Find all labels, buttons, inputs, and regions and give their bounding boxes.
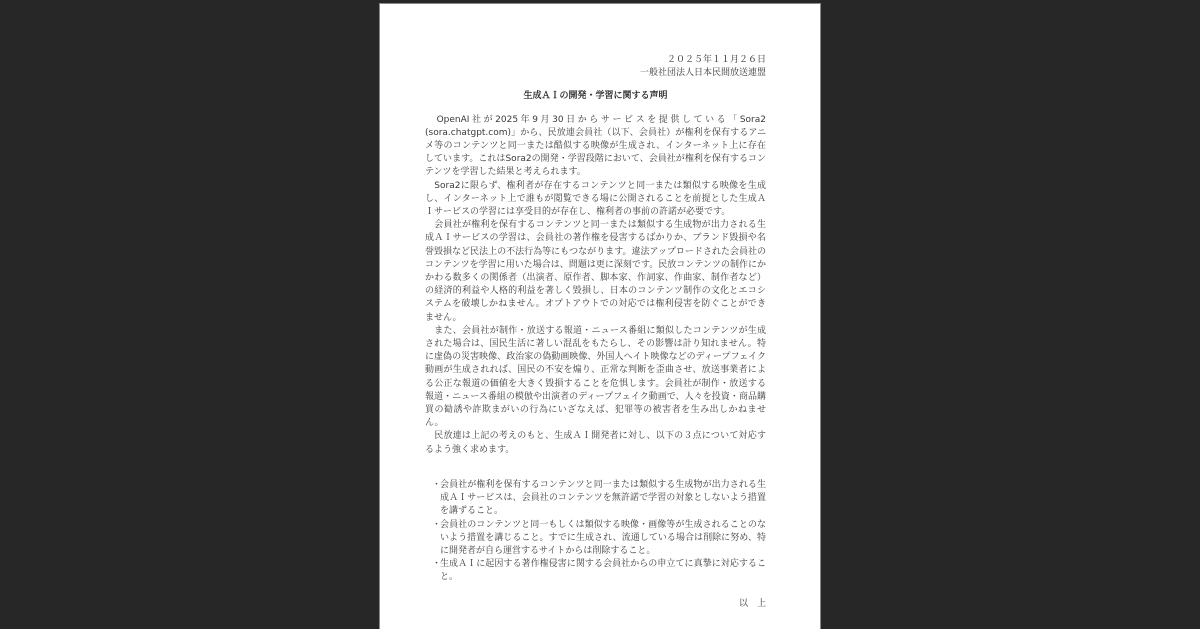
bullet-marker: ・: [425, 479, 440, 492]
bullet-marker: ・: [425, 519, 440, 532]
list-item: ・ 生成ＡＩに起因する著作権侵害に関する会員社からの申立てに真摯に対応すること。: [425, 558, 766, 584]
paragraph-demands-lead: 民放連は上記の考えのもと、生成ＡＩ開発者に対し、以下の３点について対応するよう強…: [425, 430, 766, 456]
viewer-background: ２０２５年１１月２６日 一般社団法人日本民間放送連盟 生成ＡＩの開発・学習に関す…: [0, 0, 1200, 629]
closing-mark: 以 上: [425, 598, 766, 611]
document-body: OpenAI社が2025年9月30日からサービスを提供している「Sora2 (s…: [425, 114, 766, 457]
demand-text: 会員社が権利を保有するコンテンツと同一または類似する生成物が出力される生成ＡＩサ…: [440, 479, 766, 519]
paragraph-learning-permission: Sora2に限らず、権利者が存在するコンテンツと同一または類似する映像を生成し、…: [425, 180, 766, 220]
document-page: ２０２５年１１月２６日 一般社団法人日本民間放送連盟 生成ＡＩの開発・学習に関す…: [379, 3, 821, 629]
list-item: ・ 会員社のコンテンツと同一もしくは類似する映像・画像等が生成されることのないよ…: [425, 519, 766, 559]
document-title: 生成ＡＩの開発・学習に関する声明: [425, 90, 766, 103]
document-header: ２０２５年１１月２６日 一般社団法人日本民間放送連盟: [425, 54, 766, 80]
bullet-marker: ・: [425, 558, 440, 571]
demand-text: 会員社のコンテンツと同一もしくは類似する映像・画像等が生成されることのないよう措…: [440, 519, 766, 559]
demand-list: ・ 会員社が権利を保有するコンテンツと同一または類似する生成物が出力される生成Ａ…: [425, 479, 766, 585]
list-item: ・ 会員社が権利を保有するコンテンツと同一または類似する生成物が出力される生成Ａ…: [425, 479, 766, 519]
paragraph-news-deepfake: また、会員社が制作・放送する報道・ニュース番組に類似したコンテンツが生成された場…: [425, 325, 766, 431]
document-date: ２０２５年１１月２６日: [425, 54, 766, 67]
document-organization: 一般社団法人日本民間放送連盟: [425, 67, 766, 80]
paragraph-intro-sora2: OpenAI社が2025年9月30日からサービスを提供している「Sora2 (s…: [425, 114, 766, 180]
demand-text: 生成ＡＩに起因する著作権侵害に関する会員社からの申立てに真摯に対応すること。: [440, 558, 766, 584]
paragraph-copyright-harm: 会員社が権利を保有するコンテンツと同一または類似する生成物が出力される生成ＡＩサ…: [425, 219, 766, 325]
